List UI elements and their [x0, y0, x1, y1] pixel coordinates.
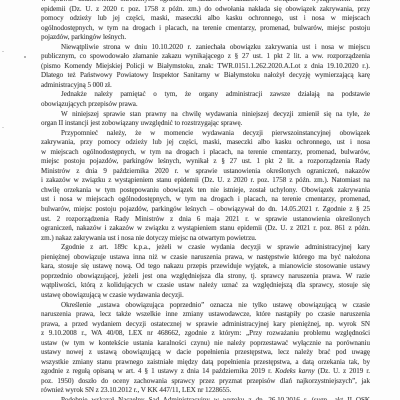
document-line: wszystkie zmiany stanu prawnego zaistnia… [41, 358, 370, 368]
document-line: ust i nosa w miejscach ogólnodostępnych,… [41, 195, 370, 205]
document-line: obowiązujących przepisów prawa. [41, 100, 370, 110]
document-line: zgodnie z regułą opisaną w art. 4 § 1 us… [41, 367, 370, 377]
document-line: pieniężnej obowiązuje ustawa inna niż w … [41, 253, 370, 263]
document-line: prawa, a przed wydaniem decyzji ostatecz… [41, 320, 370, 330]
document-text: w sprawie ustanowienia określonych ogran… [41, 0, 370, 400]
document-line: zakrywania, przy pomocy odzieży lub jej … [41, 138, 370, 148]
document-line: ustawy nowej z ustawą obowiązującą w dac… [41, 348, 370, 358]
document-line: bulwarów, miejsc postoju pojazdów, parki… [41, 205, 370, 215]
scan-speck [2, 127, 4, 128]
document-line: Zgodnie z art. 189c k.p.a., jeżeli w cza… [41, 243, 370, 253]
document-line: chwilę orzekania w tym postępowaniu obow… [41, 186, 370, 196]
document-line: Określenie „ustawa obowiązująca poprzedn… [41, 301, 370, 311]
document-line: W niniejszej sprawie stan prawny na chwi… [41, 110, 370, 120]
document-line: również wyrok SN z 23.10.2012 r., V KK 4… [41, 386, 370, 396]
document-line: ograniczeń, nakazów i zakazów w związku … [41, 224, 370, 234]
document-line: ust. 2 rozporządzenia Rady Ministrów z d… [41, 215, 370, 225]
document-line: Niewątpliwie strona w dniu 10.10.2020 r.… [41, 43, 370, 53]
document-line: Ministrów z dnia 9 października 2020 r. … [41, 167, 370, 177]
document-line: z 9.10.2008 r., WA 40/08, LEX nr 468662,… [41, 329, 370, 339]
document-line: pomocy odzieży lub jej części, maski, ma… [41, 14, 370, 24]
document-line: ogólnodostępnych, w tym na drogach i pla… [41, 24, 370, 34]
document-line: ustaw (w tym w kontekście ustania karaln… [41, 339, 370, 349]
document-line: naruszenia prawa, lecz także wszelkie in… [41, 310, 370, 320]
scan-speck [2, 51, 4, 52]
document-line: publicznym, co spowodowało złamanie zaka… [41, 52, 370, 62]
document-line: wątpliwości, którą z kolidujących w czas… [41, 281, 370, 291]
document-line: kara, stosuje się ustawę nową. Od tego n… [41, 262, 370, 272]
document-line: Dlatego też Państwowy Powiatowy Inspekto… [41, 71, 370, 81]
document-line: i zakazów w związku z wystąpieniem stanu… [41, 176, 370, 186]
document-line: poz. 1950) doszło do oceny zachowania sp… [41, 377, 370, 387]
document-line: Jednakże należy pamiętać o tym, że organ… [41, 90, 370, 100]
document-line: miejsc postoju pojazdów, parkingów leśny… [41, 157, 370, 167]
document-line: w miejscach ogólnodostępnych, w tym na d… [41, 148, 370, 158]
document-line: organ II instancji jest zobowiązany uwzg… [41, 119, 370, 129]
document-line: pojazdów, parkingów leśnych. [41, 33, 370, 43]
document-line: ustawę obowiązującą w czasie wydawania d… [41, 291, 370, 301]
document-page: w sprawie ustanowienia określonych ogran… [0, 0, 400, 400]
document-line: (pismo Komendy Miejskiej Policji w Biały… [41, 62, 370, 72]
document-line: poprzednio obowiązującej, jeżeli jest on… [41, 272, 370, 282]
document-line: zm.) nakaz zakrywania ust i nosa nie dot… [41, 234, 370, 244]
document-line: administracyjną 5 000 zł. [41, 81, 370, 91]
document-line: epidemii (Dz. U. z 2020 r. poz. 1758 z p… [41, 5, 370, 15]
document-line: Podobnie wskazał Naczelny Sąd Administra… [41, 396, 370, 400]
document-line: Przypomnieć należy, że w momencie wydawa… [41, 129, 370, 139]
document-line: w sprawie ustanowienia określonych ogran… [41, 0, 370, 5]
scan-speck [24, 56, 26, 58]
